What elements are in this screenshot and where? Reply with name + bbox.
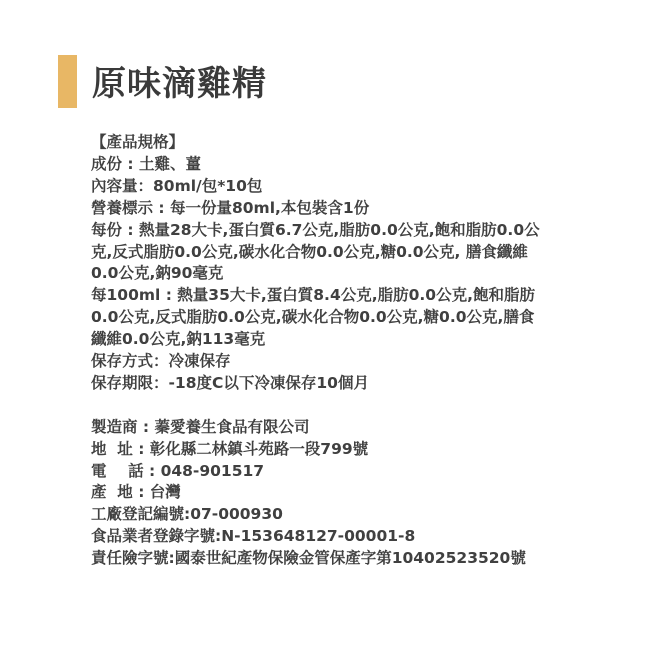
origin-line: 產 地 : 台灣	[91, 482, 591, 504]
per-100ml-line-3: 纖維0.0公克,鈉113毫克	[91, 329, 591, 351]
per-100ml-line-2: 0.0公克,反式脂肪0.0公克,碳水化合物0.0公克,糖0.0公克,膳食	[91, 307, 591, 329]
per-serving-line-3: 0.0公克,鈉90毫克	[91, 263, 591, 285]
section-spacer	[91, 395, 591, 417]
title-accent-bar	[58, 55, 77, 108]
nutrition-label-line: 營養標示 : 每一份量80ml,本包裝含1份	[91, 198, 591, 220]
phone-line: 電 話 : 048-901517	[91, 461, 591, 483]
storage-method-line: 保存方式：冷凍保存	[91, 351, 591, 373]
insurance-line: 責任險字號:國泰世紀產物保險金管保產字第10402523520號	[91, 548, 591, 570]
factory-registration-line: 工廠登記編號:07-000930	[91, 504, 591, 526]
product-spec-content: 【產品規格】 成份 : 土雞、薑 內容量：80ml/包*10包 營養標示 : 每…	[91, 132, 591, 570]
address-line: 地 址 : 彰化縣二林鎮斗苑路一段799號	[91, 439, 591, 461]
shelf-life-line: 保存期限：-18度C以下冷凍保存10個月	[91, 373, 591, 395]
food-business-registration-line: 食品業者登錄字號:N-153648127-00001-8	[91, 526, 591, 548]
per-serving-line-2: 克,反式脂肪0.0公克,碳水化合物0.0公克,糖0.0公克, 膳食纖維	[91, 242, 591, 264]
manufacturer-line: 製造商 : 蓁愛養生食品有限公司	[91, 417, 591, 439]
per-100ml-line-1: 每100ml : 熱量35大卡,蛋白質8.4公克,脂肪0.0公克,飽和脂肪	[91, 285, 591, 307]
per-serving-line-1: 每份 : 熱量28大卡,蛋白質6.7公克,脂肪0.0公克,飽和脂肪0.0公	[91, 220, 591, 242]
spec-heading: 【產品規格】	[91, 132, 591, 154]
ingredients-line: 成份 : 土雞、薑	[91, 154, 591, 176]
page-title: 原味滴雞精	[92, 62, 267, 106]
volume-line: 內容量：80ml/包*10包	[91, 176, 591, 198]
